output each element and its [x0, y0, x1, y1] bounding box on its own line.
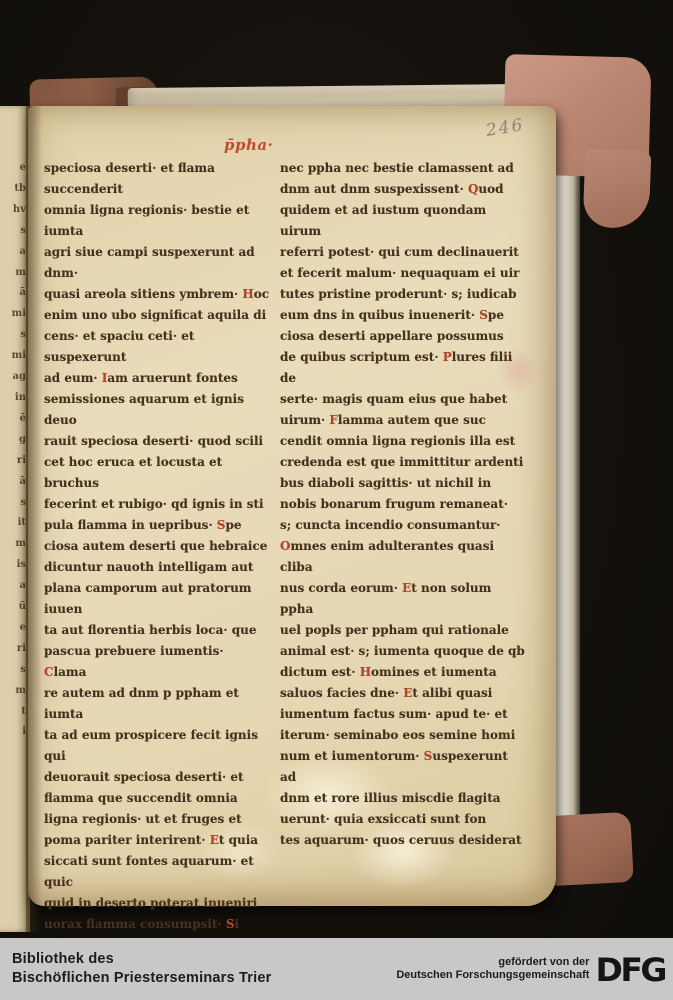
margin-fragment: g — [0, 430, 26, 451]
library-line1: Bibliothek des — [12, 950, 271, 969]
manuscript-line: bus diaboli sagittis· ut nichil in — [280, 473, 526, 494]
rubric-initial: P — [443, 350, 452, 364]
library-line2: Bischöflichen Priesterseminars Trier — [12, 969, 271, 988]
rubric-initial: S — [226, 917, 235, 931]
rubric-initial: C — [44, 665, 54, 679]
margin-fragment: mi — [0, 346, 26, 367]
manuscript-line: quasi areola sitiens ymbrem· Hoc — [44, 284, 270, 305]
manuscript-line: ciosa autem deserti que hebraice — [44, 536, 270, 557]
leather-corner-top-right-tail — [583, 149, 652, 229]
manuscript-line: num et iumentorum· Suspexerunt ad — [280, 746, 526, 788]
manuscript-line: agri siue campi suspexerunt ad dnm· — [44, 242, 270, 284]
manuscript-line: uorax flamma consumpsit· Si — [44, 914, 270, 935]
manuscript-line: ta ad eum prospicere fecit ignis qui — [44, 725, 270, 767]
manuscript-line: dictum est· Homines et iumenta — [280, 662, 526, 683]
margin-fragment: ri — [0, 451, 26, 472]
text-column-left: speciosa deserti· et flama succenderitom… — [44, 158, 270, 754]
manuscript-line: rauit speciosa deserti· quod scili — [44, 431, 270, 452]
rubric-initial: O — [280, 539, 290, 553]
manuscript-line: siccati sunt fontes aquarum· et quic — [44, 851, 270, 893]
manuscript-line: et fecerit malum· nequaquam ei uir — [280, 263, 526, 284]
manuscript-line: saluos facies dne· Et alibi quasi — [280, 683, 526, 704]
manuscript-line: dnm et rore illius miscdie flagita — [280, 788, 526, 809]
library-credit: Bibliothek des Bischöflichen Priestersem… — [12, 950, 271, 988]
margin-fragment: s — [0, 660, 26, 681]
manuscript-line: dnm aut dnm suspexissent· Quod — [280, 179, 526, 200]
margin-fragment: ā — [0, 472, 26, 493]
manuscript-line: nobis bonarum frugum remaneat· — [280, 494, 526, 515]
gutter-shadow — [26, 106, 42, 932]
manuscript-line: pula flamma in uepribus· Spe — [44, 515, 270, 536]
manuscript-line: nec ppha nec bestie clamassent ad — [280, 158, 526, 179]
manuscript-line: deuorauit speciosa deserti· et — [44, 767, 270, 788]
rubric-initial: E — [210, 833, 219, 847]
manuscript-line: poma pariter interirent· Et quia — [44, 830, 270, 851]
margin-fragment: ē — [0, 409, 26, 430]
manuscript-line: de quibus scriptum est· Plures filii de — [280, 347, 526, 389]
margin-fragment: i — [0, 722, 26, 743]
rubric-initial: S — [479, 308, 488, 322]
manuscript-line: uel popls per ppham qui rationale — [280, 620, 526, 641]
margin-fragment: m — [0, 263, 26, 284]
manuscript-line: nus corda eorum· Et non solum ppha — [280, 578, 526, 620]
manuscript-photo: etbhvsamāmismiaginēgriāsitmisaūerismti p… — [0, 0, 673, 1000]
margin-fragment: tb — [0, 179, 26, 200]
manuscript-line: quidem et ad iustum quondam uirum — [280, 200, 526, 242]
margin-fragment: ū — [0, 597, 26, 618]
margin-fragment: is — [0, 555, 26, 576]
rubric-initial: Q — [468, 182, 478, 196]
funding-credit: gefördert von der Deutschen Forschungsge… — [396, 956, 589, 982]
margin-fragment: it — [0, 513, 26, 534]
manuscript-line: ligna regionis· ut et fruges et — [44, 809, 270, 830]
margin-fragment: mi — [0, 304, 26, 325]
margin-fragment: a — [0, 576, 26, 597]
margin-fragment: s — [0, 221, 26, 242]
manuscript-line: animal est· s; iumenta quoque de qb — [280, 641, 526, 662]
manuscript-line: cens· et spaciu ceti· et suspexerunt — [44, 326, 270, 368]
manuscript-line: eum dns in quibus inuenerit· Spe — [280, 305, 526, 326]
manuscript-line: fecerint et rubigo· qd ignis in sti — [44, 494, 270, 515]
margin-fragment: s — [0, 325, 26, 346]
credit-bar: Bibliothek des Bischöflichen Priestersem… — [0, 938, 673, 1000]
margin-fragment: m — [0, 681, 26, 702]
manuscript-page: p̄pha· 246 speciosa deserti· et flama su… — [28, 106, 556, 906]
manuscript-line: re autem ad dnm p ppham et iumta — [44, 683, 270, 725]
rubric-initial: E — [402, 581, 411, 595]
margin-fragment: ri — [0, 639, 26, 660]
dfg-logo: DFG — [595, 950, 665, 988]
manuscript-line: plana camporum aut pratorum iuuen — [44, 578, 270, 620]
manuscript-line: semissiones aquarum et ignis deuo — [44, 389, 270, 431]
manuscript-line: s; cuncta incendio consumantur· — [280, 515, 526, 536]
leather-corner-bottom-right — [546, 812, 634, 886]
manuscript-line: ciosa deserti appellare possumus — [280, 326, 526, 347]
manuscript-line: iterum· seminabo eos semine homi — [280, 725, 526, 746]
margin-fragment: ag — [0, 367, 26, 388]
manuscript-line: omnia ligna regionis· bestie et iumta — [44, 200, 270, 242]
funding-line1: gefördert von der — [396, 956, 589, 969]
manuscript-line: uerunt· quia exsiccati sunt fon — [280, 809, 526, 830]
manuscript-line: tes aquarum· quos ceruus desiderat — [280, 830, 526, 851]
manuscript-line: ad eum· Iam aruerunt fontes — [44, 368, 270, 389]
manuscript-line: pascua prebuere iumentis· Clama — [44, 641, 270, 683]
margin-fragment: a — [0, 242, 26, 263]
rubric-initial: H — [360, 665, 371, 679]
margin-fragment: ā — [0, 283, 26, 304]
margin-fragment: in — [0, 388, 26, 409]
margin-fragment: s — [0, 493, 26, 514]
manuscript-line: quid in deserto poterat inueniri — [44, 893, 270, 914]
rubric-initial: H — [242, 287, 253, 301]
folio-number: 246 — [485, 115, 526, 141]
manuscript-line: cet hoc eruca et locusta et bruchus — [44, 452, 270, 494]
funding-line2: Deutschen Forschungsgemeinschaft — [396, 969, 589, 982]
manuscript-line: speciosa deserti· et flama succenderit — [44, 158, 270, 200]
manuscript-line: flamma que succendit omnia — [44, 788, 270, 809]
manuscript-line: credenda est que immittitur ardenti — [280, 452, 526, 473]
margin-fragment: t — [0, 702, 26, 723]
manuscript-line: enim uno ubo significat aquila di — [44, 305, 270, 326]
margin-fragment: m — [0, 534, 26, 555]
margin-fragment: e — [0, 618, 26, 639]
manuscript-line: serte· magis quam eius que habet — [280, 389, 526, 410]
manuscript-line: dicuntur nauoth intelligam aut — [44, 557, 270, 578]
margin-fragment: hv — [0, 200, 26, 221]
manuscript-line: iumentum factus sum· apud te· et — [280, 704, 526, 725]
manuscript-line: tutes pristine proderunt· s; iudicab — [280, 284, 526, 305]
text-column-right: nec ppha nec bestie clamassent addnm aut… — [280, 158, 526, 754]
manuscript-line: ta aut florentia herbis loca· que — [44, 620, 270, 641]
running-title-rubric: p̄pha· — [224, 136, 304, 154]
manuscript-line: uirum· Flamma autem que suc — [280, 410, 526, 431]
manuscript-line: Omnes enim adulterantes quasi cliba — [280, 536, 526, 578]
manuscript-line: cendit omnia ligna regionis illa est — [280, 431, 526, 452]
manuscript-line: referri potest· qui cum declinauerit — [280, 242, 526, 263]
rubric-initial: F — [329, 413, 338, 427]
margin-fragment: e — [0, 158, 26, 179]
